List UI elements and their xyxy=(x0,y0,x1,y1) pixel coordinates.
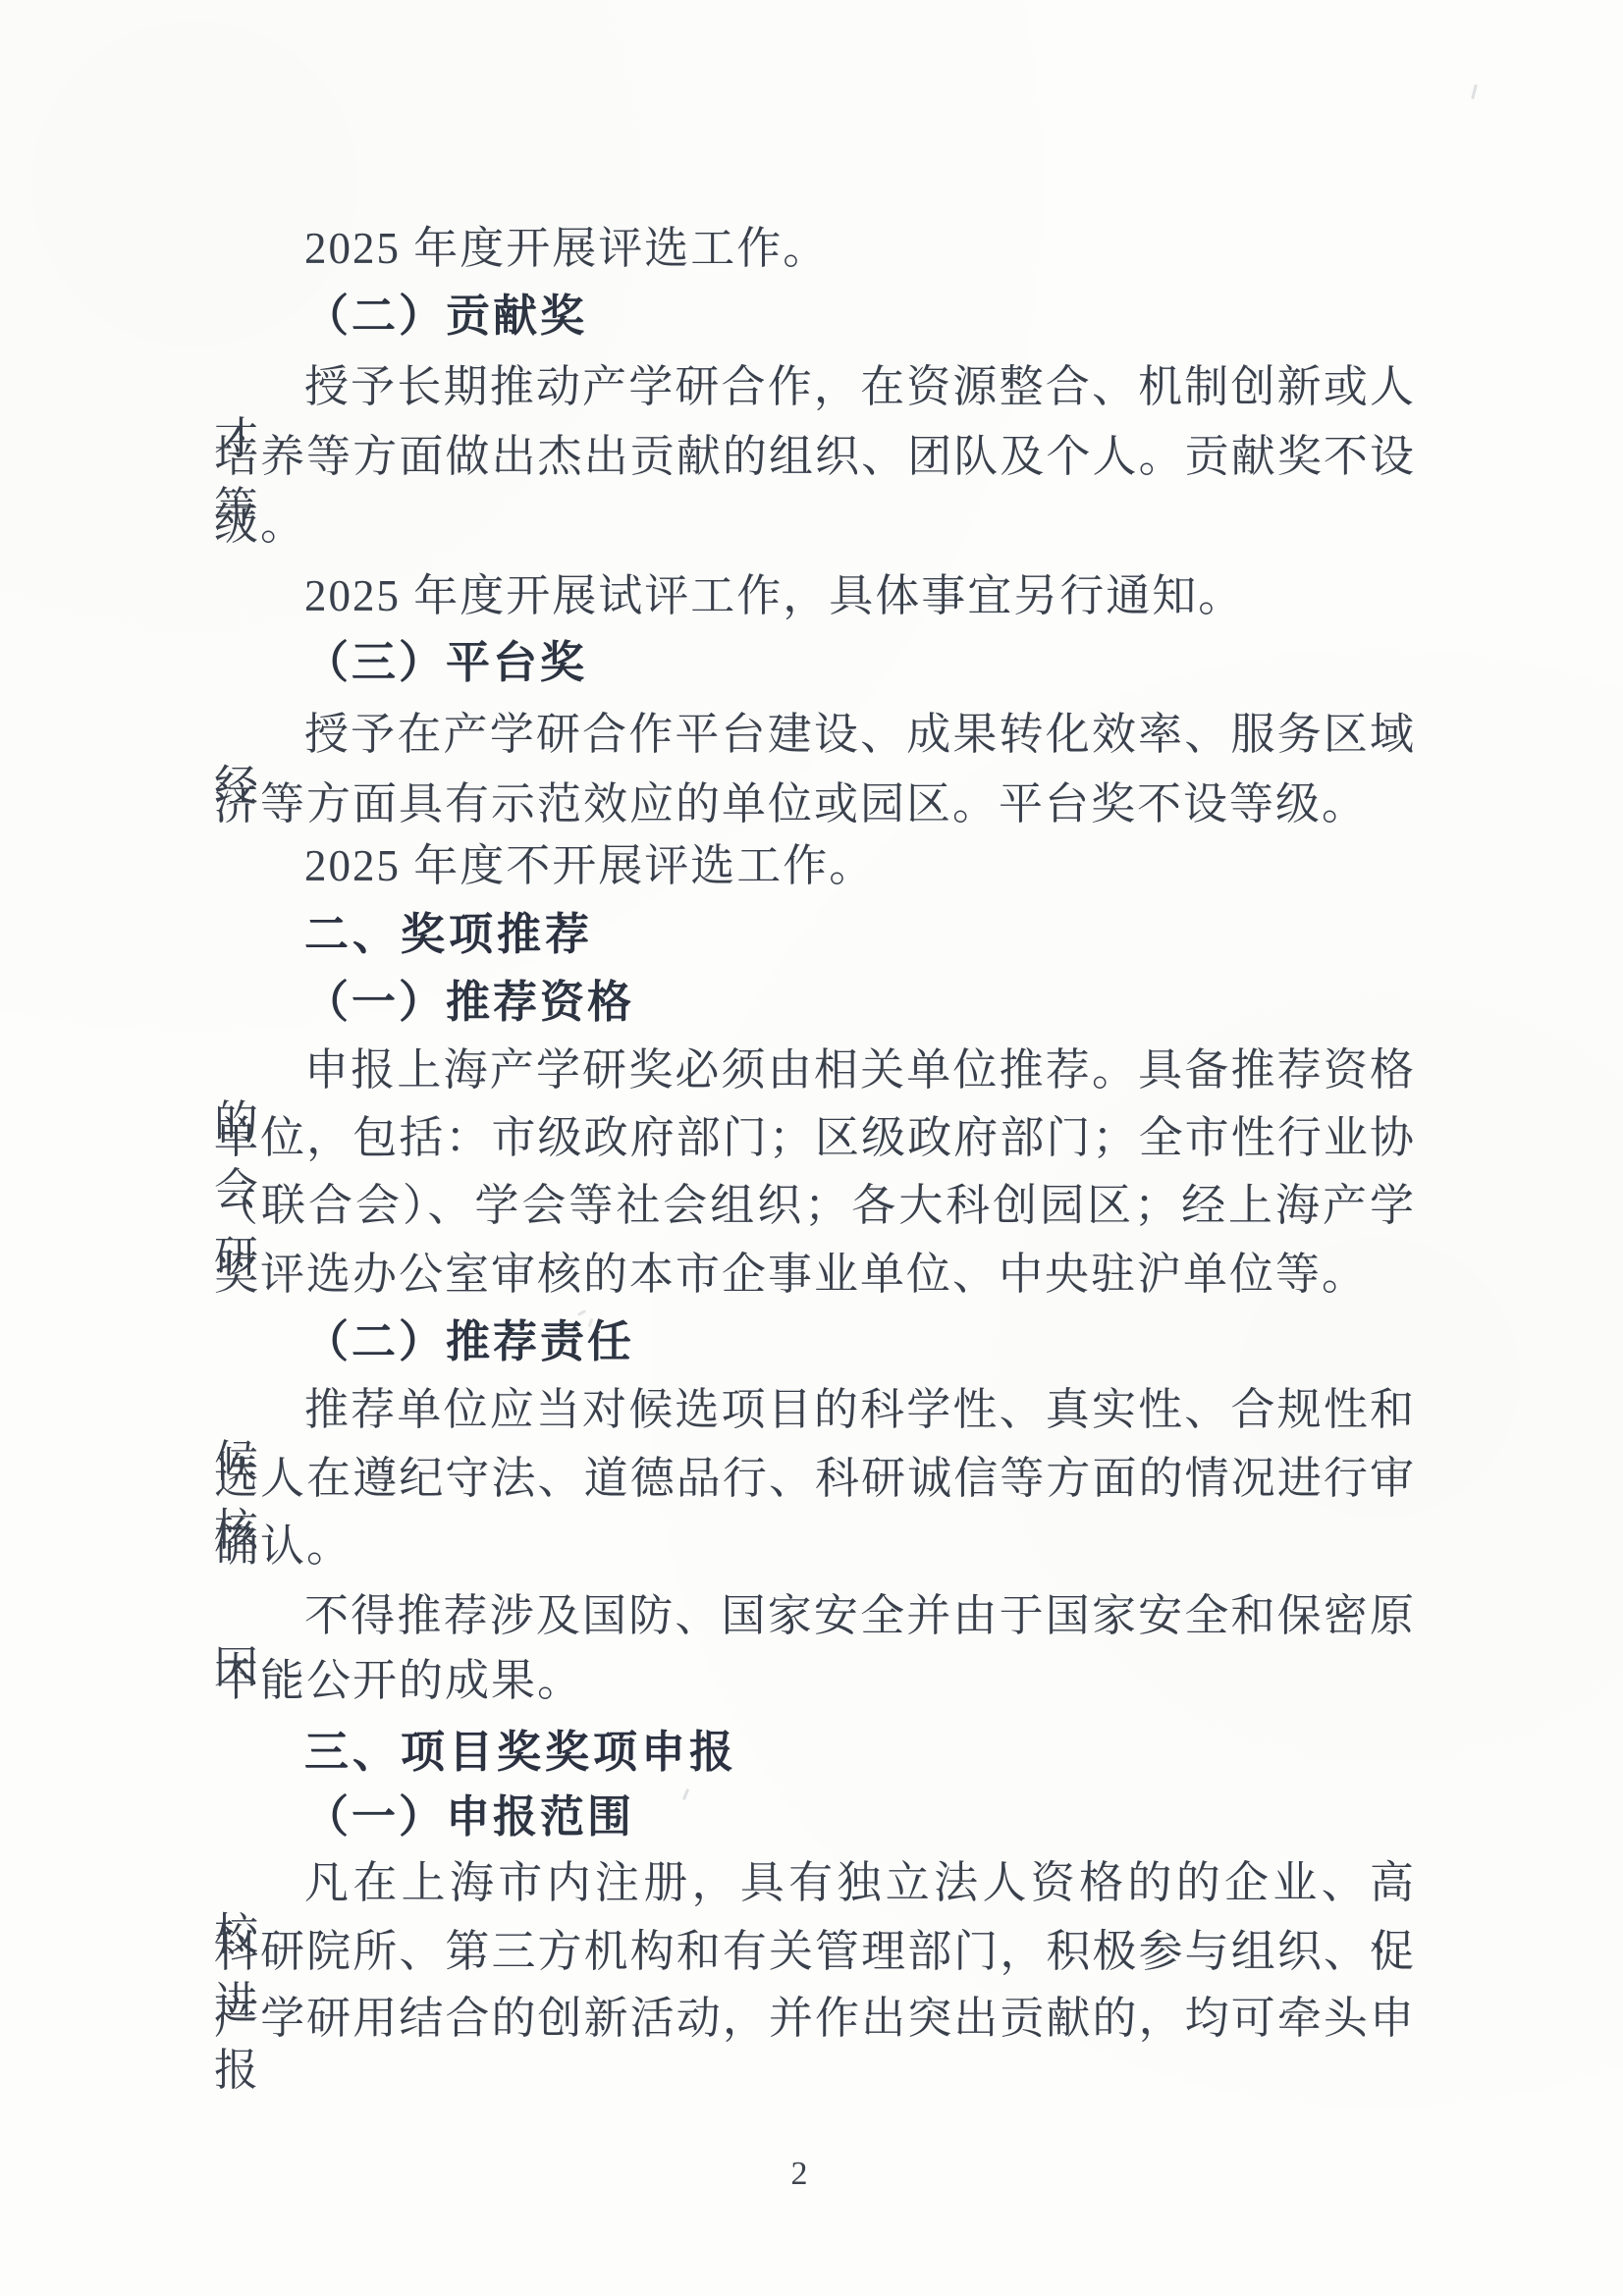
subsection-heading: （一）申报范围 xyxy=(214,1791,1416,1843)
text-line: 济等方面具有示范效应的单位或园区。平台奖不设等级。 xyxy=(214,778,1416,830)
subsection-heading: （二）推荐责任 xyxy=(214,1316,1416,1368)
section-heading: 三、项目奖奖项申报 xyxy=(214,1726,1416,1778)
text-line: 不能公开的成果。 xyxy=(214,1655,1416,1707)
text-line: 奖评选办公室审核的本市企事业单位、中央驻沪单位等。 xyxy=(214,1249,1416,1301)
document-page: 2025 年度开展评选工作。（二）贡献奖授予长期推动产学研合作，在资源整合、机制… xyxy=(0,0,1623,2296)
text-line: 级。 xyxy=(214,499,1416,551)
scan-artifact xyxy=(1471,84,1478,99)
text-line: 2025 年度开展试评工作，具体事宜另行通知。 xyxy=(214,570,1416,622)
text-line: 产学研用结合的创新活动，并作出突出贡献的，均可牵头申报 xyxy=(214,1993,1416,2097)
scan-artifact xyxy=(577,1309,586,1316)
subsection-heading: （二）贡献奖 xyxy=(214,291,1416,343)
subsection-heading: （三）平台奖 xyxy=(214,637,1416,689)
text-line: 确认。 xyxy=(214,1521,1416,1573)
subsection-heading: （一）推荐资格 xyxy=(214,977,1416,1029)
text-line: 2025 年度不开展评选工作。 xyxy=(214,840,1416,892)
page-number: 2 xyxy=(755,2156,843,2193)
text-line: 2025 年度开展评选工作。 xyxy=(214,223,1416,275)
section-heading: 二、奖项推荐 xyxy=(214,908,1416,960)
